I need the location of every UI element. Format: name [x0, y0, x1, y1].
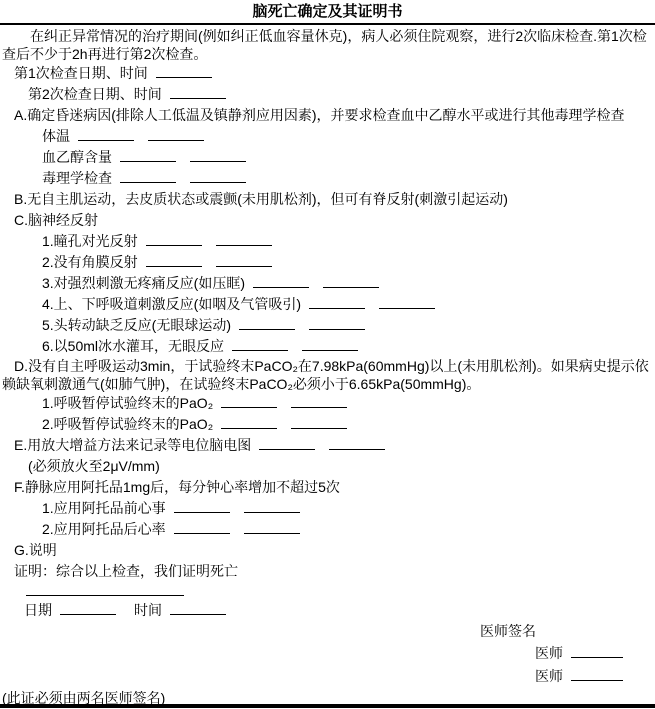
c-item-4-blank-2 — [379, 295, 435, 309]
date-label: 日期 — [24, 602, 52, 618]
bottom-border-rule — [0, 704, 655, 708]
c-item-3-label: 3.对强烈刺激无疼痛反应(如压眶) — [42, 275, 245, 291]
c-item-1-blank-1 — [146, 232, 202, 246]
c-item-5-row: 5.头转动缺乏反应(无眼球运动) — [0, 315, 655, 336]
c-item-5-label: 5.头转动缺乏反应(无眼球运动) — [42, 317, 231, 333]
d-item-2-blank-2 — [291, 415, 347, 429]
doctor-2-signature-blank — [571, 667, 623, 681]
c-item-4-row: 4.上、下呼吸道刺激反应(如咽及气管吸引) — [0, 294, 655, 315]
c-item-5-blank-1 — [239, 316, 295, 330]
certify-statement: 证明：综合以上检查，我们证明死亡 — [0, 561, 655, 582]
check2-blank — [170, 85, 226, 99]
e-blank-2 — [329, 436, 385, 450]
a-temperature-blank-1 — [78, 127, 134, 141]
d-item-2-label: 2.呼吸暂停试验终末的PaO₂ — [42, 416, 213, 432]
f-item-1-blank-1 — [174, 499, 230, 513]
section-g-heading: G.说明 — [0, 540, 655, 561]
cause-blank-line — [26, 582, 184, 596]
d-item-2-row: 2.呼吸暂停试验终末的PaO₂ — [0, 414, 655, 435]
c-item-1-label: 1.瞳孔对光反射 — [42, 233, 138, 249]
doctor-1-label: 医师 — [535, 645, 563, 661]
d-item-1-label: 1.呼吸暂停试验终末的PaO₂ — [42, 395, 213, 411]
a-toxicology-blank-1 — [120, 169, 176, 183]
d-item-1-blank-2 — [291, 394, 347, 408]
section-c-heading: C.脑神经反射 — [0, 210, 655, 231]
f-item-2-label: 2.应用阿托品后心率 — [42, 521, 166, 537]
check1-blank — [156, 64, 212, 78]
f-item-1-row: 1.应用阿托品前心事 — [0, 498, 655, 519]
f-item-1-blank-2 — [244, 499, 300, 513]
c-item-1-row: 1.瞳孔对光反射 — [0, 231, 655, 252]
f-item-2-row: 2.应用阿托品后心率 — [0, 519, 655, 540]
c-item-6-blank-2 — [302, 337, 358, 351]
section-d-heading: D.没有自主呼吸运动3min，于试验终末PaCO₂在7.98kPa(60mmHg… — [2, 357, 653, 393]
time-label: 时间 — [134, 602, 162, 618]
c-item-5-blank-2 — [309, 316, 365, 330]
c-item-3-blank-2 — [323, 274, 379, 288]
time-blank — [170, 601, 226, 615]
f-item-1-label: 1.应用阿托品前心事 — [42, 500, 166, 516]
c-item-2-label: 2.没有角膜反射 — [42, 254, 138, 270]
check2-label: 第2次检查日期、时间 — [28, 86, 162, 102]
a-item-temperature-label: 体温 — [42, 128, 70, 144]
c-item-2-blank-2 — [216, 253, 272, 267]
check1-label: 第1次检查日期、时间 — [14, 65, 148, 81]
section-a-heading: A.确定昏迷病因(排除人工低温及镇静剂应用因素)，并要求检查血中乙醇水平或进行其… — [0, 105, 655, 126]
intro-paragraph: 在纠正异常情况的治疗期间(例如纠正低血容量休克)，病人必须住院观察，进行2次临床… — [2, 27, 653, 63]
date-time-row: 日期时间 — [0, 600, 655, 621]
d-item-1-blank-1 — [221, 394, 277, 408]
c-item-6-row: 6.以50ml冰水灌耳，无眼反应 — [0, 336, 655, 357]
a-item-blood-alcohol-row: 血乙醇含量 — [0, 147, 655, 168]
d-item-2-blank-1 — [221, 415, 277, 429]
c-item-2-blank-1 — [146, 253, 202, 267]
doctor-2-row: 医师 — [0, 665, 655, 688]
c-item-1-blank-2 — [216, 232, 272, 246]
cause-blank-row — [0, 582, 655, 600]
c-item-4-label: 4.上、下呼吸道刺激反应(如咽及气管吸引) — [42, 296, 301, 312]
c-item-4-blank-1 — [309, 295, 365, 309]
section-e-row: E.用放大增益方法来记录等电位脑电图 — [0, 435, 655, 456]
section-b-heading: B.无自主肌运动，去皮质状态或震颤(未用肌松剂)，但可有脊反射(刺激引起运动) — [0, 189, 655, 210]
a-item-temperature-row: 体温 — [0, 126, 655, 147]
c-item-6-blank-1 — [232, 337, 288, 351]
a-blood-alcohol-blank-1 — [120, 148, 176, 162]
title-divider — [0, 23, 655, 25]
d-item-1-row: 1.呼吸暂停试验终末的PaO₂ — [0, 393, 655, 414]
document-title: 脑死亡确定及其证明书 — [0, 0, 655, 22]
section-e-heading: E.用放大增益方法来记录等电位脑电图 — [14, 437, 251, 453]
a-blood-alcohol-blank-2 — [190, 148, 246, 162]
doctor-1-signature-blank — [571, 644, 623, 658]
c-item-2-row: 2.没有角膜反射 — [0, 252, 655, 273]
date-blank — [60, 601, 116, 615]
section-e-note: (必须放火至2μV/mm) — [0, 456, 655, 477]
check1-row: 第1次检查日期、时间 — [0, 63, 655, 84]
section-f-heading: F.静脉应用阿托品1mg后，每分钟心率增加不超过5次 — [0, 477, 655, 498]
doctor-1-row: 医师 — [0, 642, 655, 665]
a-toxicology-blank-2 — [190, 169, 246, 183]
f-item-2-blank-1 — [174, 520, 230, 534]
document-page: 脑死亡确定及其证明书 在纠正异常情况的治疗期间(例如纠正低血容量休克)，病人必须… — [0, 0, 655, 709]
physician-signature-title: 医师签名 — [0, 621, 655, 642]
doctor-2-label: 医师 — [535, 668, 563, 684]
a-item-toxicology-row: 毒理学检查 — [0, 168, 655, 189]
e-blank-1 — [259, 436, 315, 450]
a-item-toxicology-label: 毒理学检查 — [42, 170, 112, 186]
c-item-6-label: 6.以50ml冰水灌耳，无眼反应 — [42, 338, 224, 354]
c-item-3-row: 3.对强烈刺激无疼痛反应(如压眶) — [0, 273, 655, 294]
a-temperature-blank-2 — [148, 127, 204, 141]
check2-row: 第2次检查日期、时间 — [0, 84, 655, 105]
f-item-2-blank-2 — [244, 520, 300, 534]
c-item-3-blank-1 — [253, 274, 309, 288]
a-item-blood-alcohol-label: 血乙醇含量 — [42, 149, 112, 165]
